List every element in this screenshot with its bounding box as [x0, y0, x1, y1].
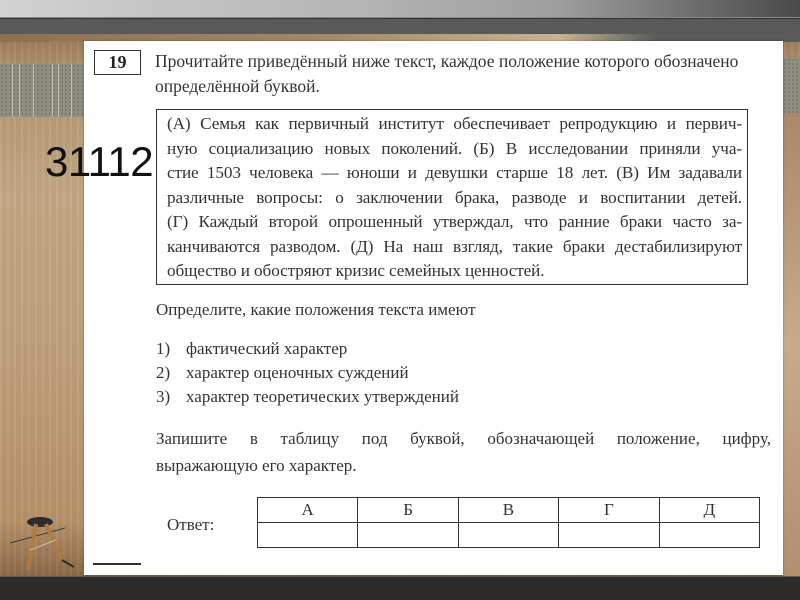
write-instruction-line: Запишите в таблицу под буквой, обозначаю… — [156, 425, 771, 452]
passage-line: общество и обостряют кризис семейных цен… — [167, 259, 742, 284]
option-number: 2) — [156, 361, 186, 385]
options-list: 1) фактический характер 2) характер оцен… — [156, 337, 459, 409]
option-item: 3) характер теоретических утверждений — [156, 385, 459, 409]
write-instruction: Запишите в таблицу под буквой, обозначаю… — [156, 425, 771, 479]
exam-page: 19 Прочитайте приведённый ниже текст, ка… — [84, 41, 783, 575]
option-item: 2) характер оценочных суждений — [156, 361, 459, 385]
footnote-divider — [93, 563, 141, 565]
drawing-compass-icon — [10, 510, 80, 580]
option-number: 1) — [156, 337, 186, 361]
option-text: характер оценочных суждений — [186, 361, 409, 385]
option-text: фактический характер — [186, 337, 347, 361]
task-instruction: Прочитайте приведённый ниже текст, каждо… — [155, 49, 780, 99]
answer-overlay-text: 31112 — [45, 138, 153, 186]
passage-line: различные вопросы: о заключении брака, р… — [167, 186, 742, 211]
task-number-box: 19 — [94, 50, 141, 75]
window-top-bar — [0, 0, 800, 18]
passage-line: канчиваются разводом. (Д) На наш взгляд,… — [167, 235, 742, 260]
toolbar-band — [0, 18, 800, 35]
answer-cell-v[interactable] — [458, 523, 558, 548]
question-prompt: Определите, какие положения текста имеют — [156, 300, 476, 320]
answer-cell-g[interactable] — [559, 523, 659, 548]
passage-line: стие 1503 человека — юноши и девушки ста… — [167, 161, 742, 186]
answer-cell-a[interactable] — [258, 523, 358, 548]
answer-header-d: Д — [659, 498, 759, 523]
dotted-panel-right — [783, 58, 800, 113]
passage-text: (А) Семья как первичный институт обеспеч… — [167, 112, 742, 284]
write-instruction-line: выражающую его характер. — [156, 452, 771, 479]
bottom-bar — [0, 576, 800, 600]
passage-line: (А) Семья как первичный институт обеспеч… — [167, 112, 742, 137]
wood-background-right — [783, 113, 800, 576]
answer-table: А Б В Г Д — [257, 497, 760, 548]
answer-header-g: Г — [559, 498, 659, 523]
answer-cell-b[interactable] — [358, 523, 458, 548]
answer-table-input-row — [258, 523, 760, 548]
answer-header-v: В — [458, 498, 558, 523]
passage-line: ную социализацию новых поколений. (Б) В … — [167, 137, 742, 162]
answer-table-header-row: А Б В Г Д — [258, 498, 760, 523]
answer-header-a: А — [258, 498, 358, 523]
option-number: 3) — [156, 385, 186, 409]
answer-header-b: Б — [358, 498, 458, 523]
option-text: характер теоретических утверждений — [186, 385, 459, 409]
passage-line: (Г) Каждый второй опрошенный утверждал, … — [167, 210, 742, 235]
dotted-panel-left — [0, 64, 85, 117]
option-item: 1) фактический характер — [156, 337, 459, 361]
answer-cell-d[interactable] — [659, 523, 759, 548]
passage-box: (А) Семья как первичный институт обеспеч… — [156, 109, 748, 285]
answer-label: Ответ: — [167, 515, 214, 535]
